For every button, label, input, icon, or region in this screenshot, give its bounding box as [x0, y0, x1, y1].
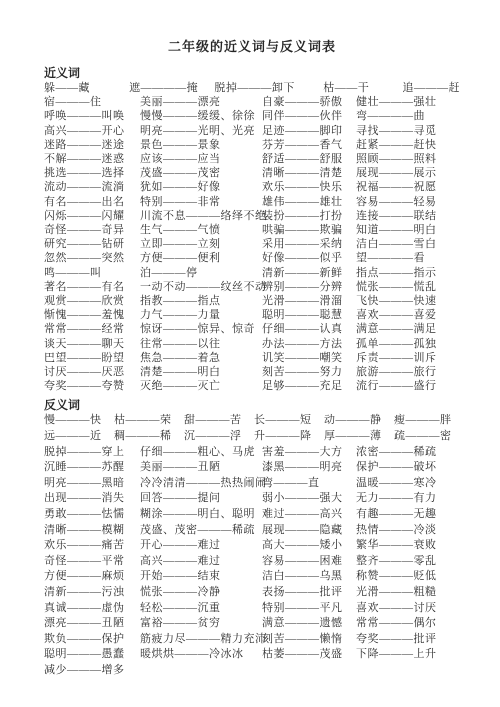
- word-pair-row: 夸奖———夸赞灭绝———灭亡足够———充足流行———盛行: [44, 379, 460, 393]
- word-pair: 慌张———冷静: [140, 585, 262, 601]
- word-pair: 筋疲力尽———精力充沛: [140, 632, 262, 648]
- word-pair: 减少———增多: [44, 663, 125, 679]
- word-pair: 雄伟———雄壮: [262, 195, 356, 209]
- word-pair: 漆黑———明亮: [262, 460, 356, 476]
- word-pair: 回答———提问: [140, 491, 262, 507]
- word-pair: 保护———破坏: [356, 460, 460, 476]
- word-pair: 特别———平凡: [262, 601, 356, 617]
- word-pair: 夸奖———批评: [356, 632, 460, 648]
- word-pair-row: 研究———钻研立即———立刻采用———采纳洁白———雪白: [44, 237, 460, 251]
- word-pair: 沉睡———苏醒: [44, 460, 140, 476]
- word-pair: 慢———快: [44, 413, 114, 429]
- word-pair: 有趣———无趣: [356, 507, 460, 523]
- word-pair: 美丽———漂亮: [140, 95, 262, 109]
- word-pair: 忽然———突然: [44, 251, 140, 265]
- word-pair: 温暖———寒冷: [356, 476, 460, 492]
- word-pair: 常常———经常: [44, 322, 140, 336]
- word-pair-row: 明亮———黑暗冷冷清清———热热闹闹弯———直温暖———寒冷: [44, 476, 460, 492]
- word-pair: 清新———污浊: [44, 585, 140, 601]
- word-pair: 轻松———沉重: [140, 601, 262, 617]
- word-pair: 茂盛、茂密———稀疏: [140, 523, 262, 539]
- word-pair: 鸣———叫: [44, 266, 140, 280]
- word-pair: 刻苦———懒惰: [262, 632, 356, 648]
- word-pair: 展现———展示: [356, 166, 460, 180]
- word-pair-row: 出现———消失回答———提问弱小———强大无力———有力: [44, 491, 460, 507]
- word-pair: 稠———稀: [114, 429, 184, 445]
- word-pair: 动———静: [324, 413, 394, 429]
- word-pair-row: 聪明———愚蠢暖烘烘———冷冰冰枯萎———茂盛下降———上升: [44, 647, 460, 663]
- word-pair-row: 宿———住美丽———漂亮自豪———骄傲健壮———强壮: [44, 95, 460, 109]
- word-pair: 迷路———迷途: [44, 138, 140, 152]
- word-pair: 连接———联结: [356, 209, 460, 223]
- word-pair: 聪明———聪慧: [262, 308, 356, 322]
- word-pair: 舒适———舒服: [262, 152, 356, 166]
- word-pair: 勇敢———怯懦: [44, 507, 140, 523]
- word-pair: 应该———应当: [140, 152, 262, 166]
- word-pair: 容易———轻易: [356, 195, 460, 209]
- document-page: 二年级的近义词与反义词表 近义词躲——藏遮————掩脱掉———卸下枯——干追——…: [0, 0, 500, 707]
- word-pair: 方便———便利: [140, 251, 262, 265]
- word-pair-row: 迷路———迷途景色———景象芬芳———香气赶紧———赶快: [44, 138, 460, 152]
- word-pair: 美丽———丑陋: [140, 460, 262, 476]
- word-pair-row: 勇敢———怯懦糊涂———明白、聪明难过———高兴有趣———无趣: [44, 507, 460, 523]
- word-pair: 称赞———贬低: [356, 569, 460, 585]
- word-pair: 清新———新鲜: [262, 266, 356, 280]
- word-pair: 满意———满足: [356, 322, 460, 336]
- word-pair: 开始———结束: [140, 569, 262, 585]
- word-pair: 辨别———分辨: [262, 280, 356, 294]
- word-pair: 整齐———零乱: [356, 554, 460, 570]
- word-pair: 挑选———选择: [44, 166, 140, 180]
- word-pair: 讥笑———嘲笑: [262, 351, 356, 365]
- word-pair: 川流不息———络绎不绝: [140, 209, 262, 223]
- word-pair: 枯——干: [323, 81, 402, 95]
- word-pair: 洁白———乌黑: [262, 569, 356, 585]
- page-title: 二年级的近义词与反义词表: [44, 36, 460, 55]
- word-pair: 真诚———虚伪: [44, 601, 140, 617]
- word-pair-row: 观赏———欣赏指教———指点光滑———滑溜飞快———快速: [44, 294, 460, 308]
- word-pair: 旅游———旅行: [356, 365, 460, 379]
- word-pair-row: 清新———污浊慌张———冷静表扬———批评光滑———粗糙: [44, 585, 460, 601]
- word-pair: 寻找———寻觅: [356, 124, 460, 138]
- word-pair: 欺负———保护: [44, 632, 140, 648]
- word-pair: 躲——藏: [44, 81, 129, 95]
- word-pair-row: 奇怪———奇异生气———气愤哄骗———欺骗知道———明白: [44, 223, 460, 237]
- word-pair: 祝福———祝愿: [356, 180, 460, 194]
- section-antonyms: 反义词慢———快枯———荣甜———苦长———短动———静瘦———胖远———近稠—…: [44, 397, 460, 678]
- word-pair: 清晰———清楚: [262, 166, 356, 180]
- word-pair: 下降———上升: [356, 647, 460, 663]
- word-pair: 弯———直: [262, 476, 356, 492]
- word-pair-row: 巴望———盼望焦急———着急讥笑———嘲笑斥责———训斥: [44, 351, 460, 365]
- word-pair: 脱掉———穿上: [44, 445, 140, 461]
- word-pair-row: 方便———麻烦开始———结束洁白———乌黑称赞———贬低: [44, 569, 460, 585]
- word-pair-row: 远———近稠———稀沉———浮升———降厚———薄疏———密: [44, 429, 460, 445]
- word-pair: 讨厌———厌恶: [44, 365, 140, 379]
- word-pair: 知道———明白: [356, 223, 460, 237]
- word-pair: 惭愧———羞愧: [44, 308, 140, 322]
- word-pair: 漂亮———丑陋: [44, 616, 140, 632]
- word-pair: 高大———矮小: [262, 538, 356, 554]
- word-pair: 长———短: [254, 413, 324, 429]
- word-pair: 足够———充足: [262, 379, 356, 393]
- word-pair: 仔细———认真: [262, 322, 356, 336]
- word-pair: 闪烁———闪耀: [44, 209, 140, 223]
- word-pair: 遮————掩: [129, 81, 214, 95]
- word-pair: 弱小———强大: [262, 491, 356, 507]
- word-pair: 富裕———贫穷: [140, 616, 262, 632]
- word-pair: 焦急———着急: [140, 351, 262, 365]
- word-pair: 繁华———衰败: [356, 538, 460, 554]
- word-pair: 景色———景象: [140, 138, 262, 152]
- word-pair-row: 挑选———选择茂盛———茂密清晰———清楚展现———展示: [44, 166, 460, 180]
- word-pair-row: 呼唤———叫唤慢慢———缓缓、徐徐同伴———伙伴弯————曲: [44, 109, 460, 123]
- word-pair: 特别———非常: [140, 195, 262, 209]
- word-pair: 好像———似乎: [262, 251, 356, 265]
- word-pair: 甜———苦: [184, 413, 254, 429]
- word-pair-row: 慢———快枯———荣甜———苦长———短动———静瘦———胖: [44, 413, 460, 429]
- word-pair: 脱掉———卸下: [214, 81, 323, 95]
- section-header: 近义词: [44, 65, 460, 81]
- word-pair-row: 脱掉———穿上仔细———粗心、马虎害羞———大方浓密———稀疏: [44, 445, 460, 461]
- word-pair: 观赏———欣赏: [44, 294, 140, 308]
- word-pair: 哄骗———欺骗: [262, 223, 356, 237]
- word-pair-row: 惭愧———羞愧力气———力量聪明———聪慧喜欢———喜爱: [44, 308, 460, 322]
- word-pair-row: 清晰———模糊茂盛、茂密———稀疏展现———隐藏热情———冷淡: [44, 523, 460, 539]
- word-pair: 足迹———脚印: [262, 124, 356, 138]
- word-pair: 指点———指示: [356, 266, 460, 280]
- word-pair: 喜欢———讨厌: [356, 601, 460, 617]
- word-pair: 光滑———粗糙: [356, 585, 460, 601]
- word-pair: 惊讶———惊异、惊奇: [140, 322, 262, 336]
- word-pair: 装扮———打扮: [262, 209, 356, 223]
- word-pair-row: 欺负———保护筋疲力尽———精力充沛刻苦———懒惰夸奖———批评: [44, 632, 460, 648]
- word-pair: 出现———消失: [44, 491, 140, 507]
- word-pair: 奇怪———平常: [44, 554, 140, 570]
- word-pair: 难过———高兴: [262, 507, 356, 523]
- word-pair: 夸奖———夸赞: [44, 379, 140, 393]
- word-pair: 奇怪———奇异: [44, 223, 140, 237]
- word-pair: 办法———方法: [262, 337, 356, 351]
- word-pair: 力气———力量: [140, 308, 262, 322]
- word-pair: 疏———密: [394, 429, 460, 445]
- word-list-sections: 近义词躲——藏遮————掩脱掉———卸下枯——干追———赶宿———住美丽———漂…: [44, 65, 460, 679]
- word-pair: 满意———遗憾: [262, 616, 356, 632]
- word-pair: 热情———冷淡: [356, 523, 460, 539]
- word-pair: 欢乐———快乐: [262, 180, 356, 194]
- word-pair: 远———近: [44, 429, 114, 445]
- word-pair: 健壮———强壮: [356, 95, 460, 109]
- word-pair: 谈天———聊天: [44, 337, 140, 351]
- word-pair: 洁白———雪白: [356, 237, 460, 251]
- word-pair-row: 有名———出名特别———非常雄伟———雄壮容易———轻易: [44, 195, 460, 209]
- word-pair: 著名———有名: [44, 280, 140, 294]
- word-pair: 枯———荣: [114, 413, 184, 429]
- word-pair: 容易———困难: [262, 554, 356, 570]
- word-pair-row: 闪烁———闪耀川流不息———络绎不绝装扮———打扮连接———联结: [44, 209, 460, 223]
- word-pair: 沉———浮: [184, 429, 254, 445]
- word-pair: 一动不动———纹丝不动: [140, 280, 262, 294]
- word-pair: 望————看: [356, 251, 460, 265]
- word-pair: 呼唤———叫唤: [44, 109, 140, 123]
- word-pair: 开心———难过: [140, 538, 262, 554]
- word-pair: 研究———钻研: [44, 237, 140, 251]
- word-pair: 仔细———粗心、马虎: [140, 445, 262, 461]
- word-pair: 刻苦———努力: [262, 365, 356, 379]
- word-pair: 往常———以往: [140, 337, 262, 351]
- word-pair: 指教———指点: [140, 294, 262, 308]
- word-pair-row: 欢乐———痛苦开心———难过高大———矮小繁华———衰败: [44, 538, 460, 554]
- word-pair: 浓密———稀疏: [356, 445, 460, 461]
- word-pair: 照顾———照料: [356, 152, 460, 166]
- word-pair: 无力———有力: [356, 491, 460, 507]
- word-pair-row: 流动———流淌犹如———好像欢乐———快乐祝福———祝愿: [44, 180, 460, 194]
- word-pair-row: 忽然———突然方便———便利好像———似乎望————看: [44, 251, 460, 265]
- word-pair: 瘦———胖: [394, 413, 460, 429]
- word-pair: 展现———隐藏: [262, 523, 356, 539]
- word-pair: 明亮———光明、光亮: [140, 124, 262, 138]
- word-pair: 斥责———训斥: [356, 351, 460, 365]
- word-pair: 有名———出名: [44, 195, 140, 209]
- word-pair-row: 真诚———虚伪轻松———沉重特别———平凡喜欢———讨厌: [44, 601, 460, 617]
- word-pair-row: 鸣———叫泊———停清新———新鲜指点———指示: [44, 266, 460, 280]
- word-pair-row: 躲——藏遮————掩脱掉———卸下枯——干追———赶: [44, 81, 460, 95]
- word-pair: 弯————曲: [356, 109, 460, 123]
- word-pair: 欢乐———痛苦: [44, 538, 140, 554]
- word-pair: 厚———薄: [324, 429, 394, 445]
- word-pair: 巴望———盼望: [44, 351, 140, 365]
- word-pair-row: 漂亮———丑陋富裕———贫穷满意———遗憾常常———偶尔: [44, 616, 460, 632]
- word-pair-row: 减少———增多: [44, 663, 460, 679]
- word-pair: 赶紧———赶快: [356, 138, 460, 152]
- word-pair-row: 常常———经常惊讶———惊异、惊奇仔细———认真满意———满足: [44, 322, 460, 336]
- word-pair: 同伴———伙伴: [262, 109, 356, 123]
- word-pair: 枯萎———茂盛: [262, 647, 356, 663]
- word-pair-row: 沉睡———苏醒美丽———丑陋漆黑———明亮保护———破坏: [44, 460, 460, 476]
- word-pair: 孤单———孤独: [356, 337, 460, 351]
- word-pair: 自豪———骄傲: [262, 95, 356, 109]
- word-pair: 犹如———好像: [140, 180, 262, 194]
- word-pair: 宿———住: [44, 95, 140, 109]
- word-pair: 糊涂———明白、聪明: [140, 507, 262, 523]
- word-pair: 采用———采纳: [262, 237, 356, 251]
- word-pair: 生气———气愤: [140, 223, 262, 237]
- word-pair: 常常———偶尔: [356, 616, 460, 632]
- word-pair: 喜欢———喜爱: [356, 308, 460, 322]
- word-pair: 慢慢———缓缓、徐徐: [140, 109, 262, 123]
- word-pair: 明亮———黑暗: [44, 476, 140, 492]
- word-pair: 芬芳———香气: [262, 138, 356, 152]
- word-pair: 流动———流淌: [44, 180, 140, 194]
- section-synonyms: 近义词躲——藏遮————掩脱掉———卸下枯——干追———赶宿———住美丽———漂…: [44, 65, 460, 393]
- word-pair: 暖烘烘———冷冰冰: [140, 647, 262, 663]
- word-pair: 冷冷清清———热热闹闹: [140, 476, 262, 492]
- word-pair-row: 奇怪———平常高兴———难过容易———困难整齐———零乱: [44, 554, 460, 570]
- word-pair: 升———降: [254, 429, 324, 445]
- word-pair: 清晰———模糊: [44, 523, 140, 539]
- word-pair: 害羞———大方: [262, 445, 356, 461]
- word-pair: 茂盛———茂密: [140, 166, 262, 180]
- word-pair: 聪明———愚蠢: [44, 647, 140, 663]
- word-pair-row: 讨厌———厌恶清楚———明白刻苦———努力旅游———旅行: [44, 365, 460, 379]
- word-pair: 高兴———难过: [140, 554, 262, 570]
- word-pair: 灭绝———灭亡: [140, 379, 262, 393]
- word-pair: 流行———盛行: [356, 379, 460, 393]
- word-pair: 立即———立刻: [140, 237, 262, 251]
- word-pair-row: 著名———有名一动不动———纹丝不动辨别———分辨慌张———慌乱: [44, 280, 460, 294]
- word-pair-row: 不解———迷惑应该———应当舒适———舒服照顾———照料: [44, 152, 460, 166]
- word-pair: 清楚———明白: [140, 365, 262, 379]
- word-pair: 飞快———快速: [356, 294, 460, 308]
- word-pair: 表扬———批评: [262, 585, 356, 601]
- word-pair-row: 高兴———开心明亮———光明、光亮足迹———脚印寻找———寻觅: [44, 124, 460, 138]
- word-pair-row: 谈天———聊天往常———以往办法———方法孤单———孤独: [44, 337, 460, 351]
- word-pair: 光滑———滑溜: [262, 294, 356, 308]
- word-pair: 追———赶: [403, 81, 461, 95]
- word-pair: 高兴———开心: [44, 124, 140, 138]
- word-pair: 方便———麻烦: [44, 569, 140, 585]
- word-pair: 泊———停: [140, 266, 262, 280]
- word-pair: 慌张———慌乱: [356, 280, 460, 294]
- section-header: 反义词: [44, 397, 460, 413]
- word-pair: 不解———迷惑: [44, 152, 140, 166]
